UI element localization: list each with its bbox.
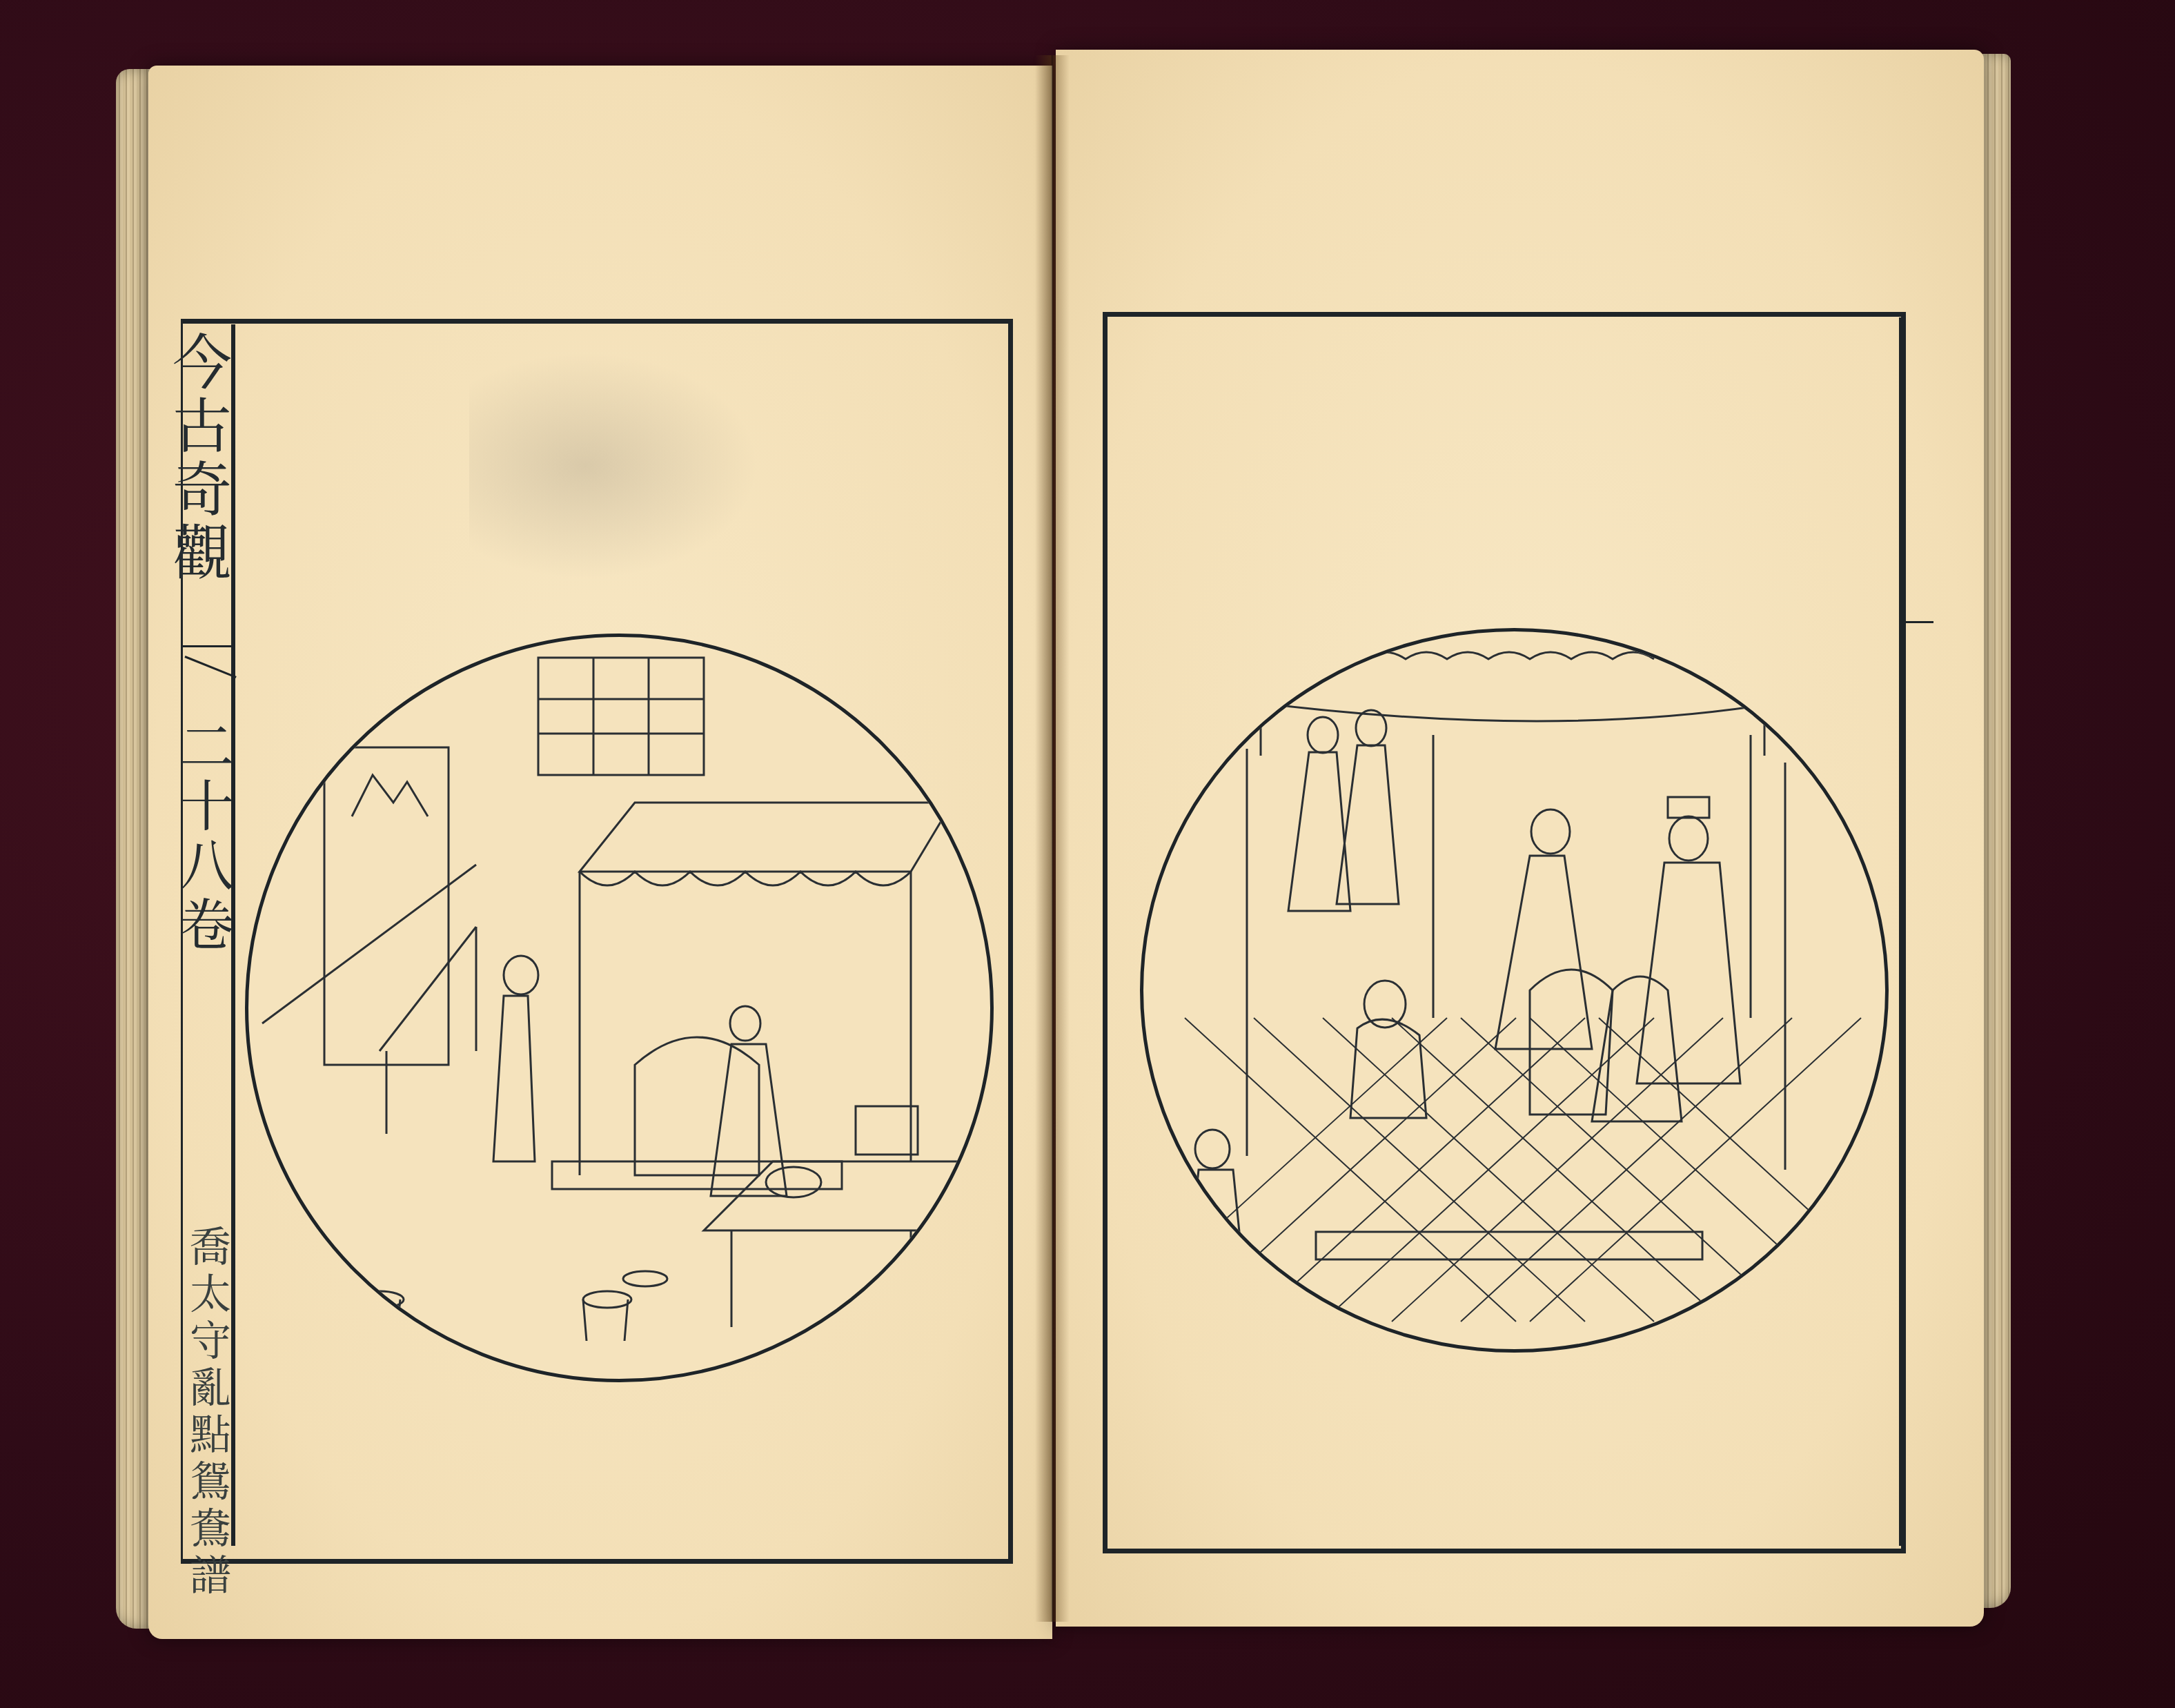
bedroom-scene-drawing — [248, 637, 990, 1379]
right-illustration-description: Hall ceremony scene: official in tall ha… — [1143, 1028, 1885, 1148]
fish-tail-mark — [181, 645, 235, 647]
right-column-rule — [1899, 317, 1902, 1546]
open-book: 今古奇觀 二十八卷 喬太守亂點鴛鴦譜 — [0, 0, 2175, 1708]
book-title: 今古奇觀 — [166, 331, 228, 585]
left-page-edges — [116, 69, 152, 1629]
left-illustration-description: Interior bedroom scene: canopy bed with … — [248, 1074, 990, 1171]
book-gutter — [1035, 55, 1070, 1622]
story-title: 喬太守亂點鴛鴦譜 — [185, 1225, 229, 1600]
right-fish-tail-mark — [1899, 621, 1933, 623]
right-circular-illustration: Hall ceremony scene: official in tall ha… — [1140, 628, 1889, 1353]
hall-ceremony-scene-drawing — [1143, 631, 1885, 1349]
left-circular-illustration: Interior bedroom scene: canopy bed with … — [245, 634, 994, 1382]
volume-label: 二十八卷 — [173, 718, 230, 955]
